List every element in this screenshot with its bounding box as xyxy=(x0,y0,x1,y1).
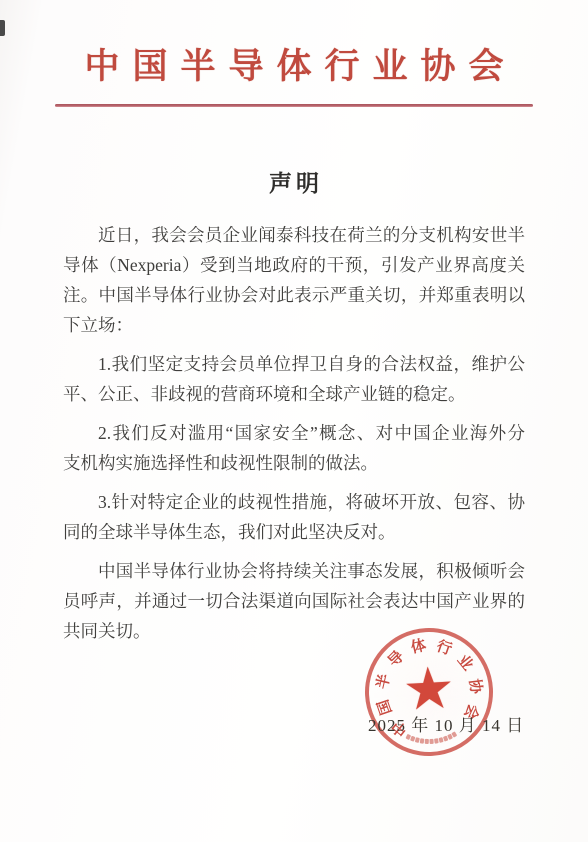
text-line: 支机构实施选择性和歧视性限制的做法。 xyxy=(63,448,525,478)
text-line: 注。中国半导体行业协会对此表示严重关切，并郑重表明以 xyxy=(63,280,525,310)
text-line: 下立场： xyxy=(63,310,525,340)
text-line: 员呼声，并通过一切合法渠道向国际社会表达中国产业界的 xyxy=(63,586,525,616)
seal-code-mark xyxy=(434,738,439,744)
seal-code-mark xyxy=(438,737,443,743)
statement-paragraph: 3.针对特定企业的歧视性措施，将破坏开放、包容、协同的全球半导体生态，我们对此坚… xyxy=(63,487,525,547)
statement-page: 中国半导体行业协会 声明 近日，我会会员企业闻泰科技在荷兰的分支机构安世半导体（… xyxy=(0,0,588,842)
seal-code-marks xyxy=(366,629,492,755)
text-line: 同的全球半导体生态，我们对此坚决反对。 xyxy=(63,517,525,547)
text-line: 平、公正、非歧视的营商环境和全球产业链的稳定。 xyxy=(63,379,525,409)
statement-body: 近日，我会会员企业闻泰科技在荷兰的分支机构安世半导体（Nexperia）受到当地… xyxy=(63,220,525,646)
text-line: 2.我们反对滥用“国家安全”概念、对中国企业海外分 xyxy=(63,418,525,448)
document-title: 声明 xyxy=(0,165,588,198)
text-line: 3.针对特定企业的歧视性措施，将破坏开放、包容、协 xyxy=(63,487,525,517)
text-line: 近日，我会会员企业闻泰科技在荷兰的分支机构安世半 xyxy=(63,220,525,250)
statement-paragraph: 近日，我会会员企业闻泰科技在荷兰的分支机构安世半导体（Nexperia）受到当地… xyxy=(63,220,525,340)
text-line: 导体（Nexperia）受到当地政府的干预，引发产业界高度关 xyxy=(63,250,525,280)
text-line: 1.我们坚定支持会员单位捍卫自身的合法权益，维护公 xyxy=(63,349,525,379)
official-seal: 中国半导体行业协会 ★ xyxy=(362,625,497,760)
seal-code-mark xyxy=(429,739,433,744)
letterhead-rule xyxy=(55,104,533,107)
seal-code-mark xyxy=(420,738,425,744)
text-line: 中国半导体行业协会将持续关注事态发展，积极倾听会 xyxy=(63,556,525,586)
scan-artifact xyxy=(0,20,5,36)
seal-code-mark xyxy=(425,739,429,744)
letterhead-org-name: 中国半导体行业协会 xyxy=(0,0,588,90)
document-date: 2025 年 10 月 14 日 xyxy=(368,711,524,736)
statement-paragraph: 1.我们坚定支持会员单位捍卫自身的合法权益，维护公平、公正、非歧视的营商环境和全… xyxy=(63,349,525,409)
statement-paragraph: 2.我们反对滥用“国家安全”概念、对中国企业海外分支机构实施选择性和歧视性限制的… xyxy=(63,418,525,478)
